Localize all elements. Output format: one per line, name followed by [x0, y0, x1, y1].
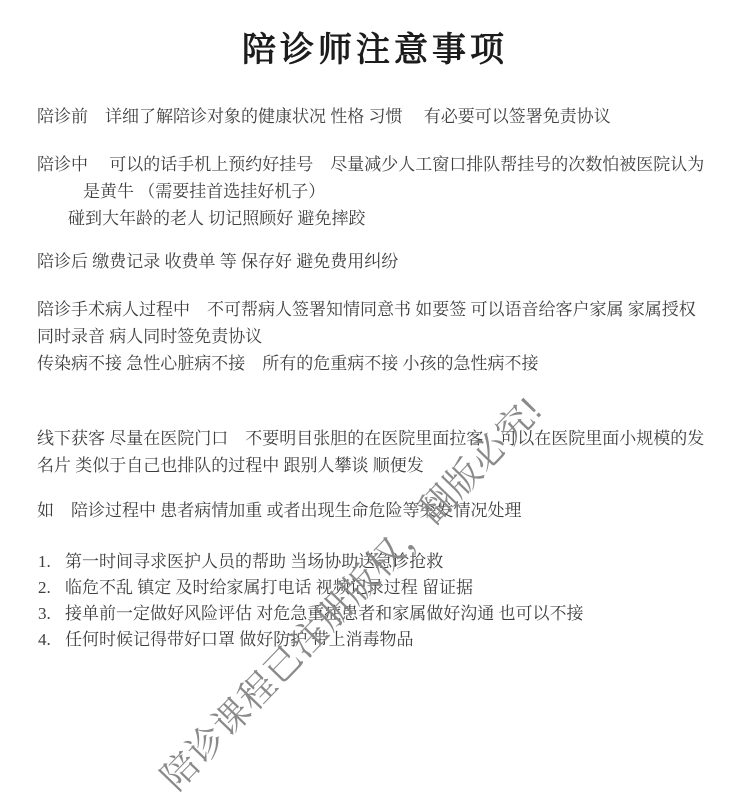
list-item: 2.临危不乱 镇定 及时给家属打电话 视频记录过程 留证据 — [38, 575, 730, 601]
list-item-text: 接单前一定做好风险评估 对危急重症患者和家属做好沟通 也可以不接 — [65, 604, 584, 623]
text-line: 如 陪诊过程中 患者病情加重 或者出现生命危险等突发情况处理 — [37, 497, 730, 524]
text-line: 同时录音 病人同时签免责协议 — [37, 323, 730, 350]
list-item-text: 临危不乱 镇定 及时给家属打电话 视频记录过程 留证据 — [65, 578, 473, 597]
text-line: 是黄牛 （需要挂首选挂好机子） — [37, 178, 730, 205]
emergency-steps-list: 1.第一时间寻求医护人员的帮助 当场协助送急诊抢救 2.临危不乱 镇定 及时给家… — [38, 549, 730, 653]
paragraph-after-escort: 陪诊后 缴费记录 收费单 等 保存好 避免费用纠纷 — [37, 248, 730, 275]
list-item: 1.第一时间寻求医护人员的帮助 当场协助送急诊抢救 — [38, 549, 730, 575]
text-line: 陪诊手术病人过程中 不可帮病人签署知情同意书 如要签 可以语音给客户家属 家属授… — [37, 296, 730, 323]
page-title: 陪诊师注意事项 — [0, 22, 750, 71]
text-line: 陪诊前 详细了解陪诊对象的健康状况 性格 习惯 有必要可以签署免责协议 — [37, 103, 730, 130]
list-item-text: 任何时候记得带好口罩 做好防护 带上消毒物品 — [65, 630, 414, 649]
list-item-number: 3. — [38, 601, 65, 627]
text-line: 线下获客 尽量在医院门口 不要明目张胆的在医院里面拉客 可以在医院里面小规模的发 — [37, 425, 730, 452]
document-page: 陪诊师注意事项 陪诊前 详细了解陪诊对象的健康状况 性格 习惯 有必要可以签署免… — [0, 0, 750, 798]
paragraph-surgery-patients: 陪诊手术病人过程中 不可帮病人签署知情同意书 如要签 可以语音给客户家属 家属授… — [37, 296, 730, 377]
text-line: 名片 类似于自己也排队的过程中 跟别人攀谈 顺便发 — [37, 452, 730, 479]
list-item: 4.任何时候记得带好口罩 做好防护 带上消毒物品 — [38, 627, 730, 653]
list-item: 3.接单前一定做好风险评估 对危急重症患者和家属做好沟通 也可以不接 — [38, 601, 730, 627]
text-line: 陪诊中 可以的话手机上预约好挂号 尽量减少人工窗口排队帮挂号的次数怕被医院认为 — [37, 151, 730, 178]
list-item-text: 第一时间寻求医护人员的帮助 当场协助送急诊抢救 — [65, 552, 443, 571]
paragraph-before-escort: 陪诊前 详细了解陪诊对象的健康状况 性格 习惯 有必要可以签署免责协议 — [37, 103, 730, 130]
list-item-number: 1. — [38, 549, 65, 575]
text-line: 碰到大年龄的老人 切记照顾好 避免摔跤 — [37, 205, 730, 232]
paragraph-emergency-intro: 如 陪诊过程中 患者病情加重 或者出现生命危险等突发情况处理 — [37, 497, 730, 524]
list-item-number: 4. — [38, 627, 65, 653]
text-line: 陪诊后 缴费记录 收费单 等 保存好 避免费用纠纷 — [37, 248, 730, 275]
paragraph-offline-customers: 线下获客 尽量在医院门口 不要明目张胆的在医院里面拉客 可以在医院里面小规模的发… — [37, 425, 730, 479]
list-item-number: 2. — [38, 575, 65, 601]
text-line: 传染病不接 急性心脏病不接 所有的危重病不接 小孩的急性病不接 — [37, 350, 730, 377]
paragraph-during-escort: 陪诊中 可以的话手机上预约好挂号 尽量减少人工窗口排队帮挂号的次数怕被医院认为 … — [37, 151, 730, 232]
